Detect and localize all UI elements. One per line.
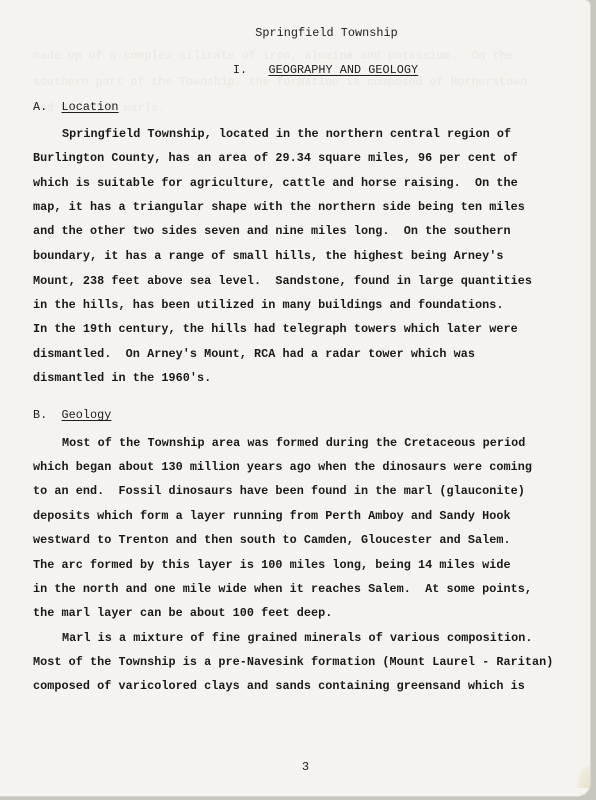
- paragraph-line: which is suitable for agriculture, cattl…: [33, 176, 518, 190]
- section-number: I.: [233, 63, 247, 77]
- paragraph-line: and the other two sides seven and nine m…: [33, 224, 511, 238]
- paragraph-line: westward to Trenton and then south to Ca…: [33, 533, 511, 547]
- paragraph-line: Most of the Township is a pre-Navesink f…: [33, 655, 553, 669]
- running-title: Springfield Township: [33, 26, 578, 40]
- paragraph-line: the marl layer can be about 100 feet dee…: [33, 606, 332, 620]
- subsection-title: Geology: [62, 408, 112, 422]
- subsection-letter: A.: [33, 100, 47, 114]
- document-page: made up of a complex silicate of iron, a…: [0, 0, 591, 797]
- paragraph-line: dismantled. On Arney's Mount, RCA had a …: [33, 347, 475, 361]
- subsection-heading-location: A. Location: [33, 100, 119, 114]
- page-curl: [576, 764, 590, 788]
- paragraph-line: Most of the Township area was formed dur…: [33, 436, 525, 450]
- subsection-letter: B.: [33, 408, 47, 422]
- paragraph-line: in the north and one mile wide when it r…: [33, 582, 532, 596]
- paragraph-line: in the hills, has been utilized in many …: [33, 298, 504, 312]
- paragraph-line: The arc formed by this layer is 100 mile…: [33, 558, 511, 572]
- paragraph-line: to an end. Fossil dinosaurs have been fo…: [33, 484, 525, 498]
- section-heading: I. GEOGRAPHY AND GEOLOGY: [33, 63, 578, 77]
- paragraph-line: map, it has a triangular shape with the …: [33, 200, 525, 214]
- paragraph-line: Burlington County, has an area of 29.34 …: [33, 151, 518, 165]
- paragraph-line: composed of varicolored clays and sands …: [33, 679, 525, 693]
- page-number: 3: [33, 760, 578, 774]
- paragraph-line: boundary, it has a range of small hills,…: [33, 249, 504, 263]
- paragraph-line: which began about 130 million years ago …: [33, 460, 532, 474]
- subsection-title: Location: [62, 100, 119, 114]
- paragraph-line: deposits which form a layer running from…: [33, 509, 511, 523]
- paragraph-line: dismantled in the 1960's.: [33, 371, 211, 385]
- subsection-heading-geology: B. Geology: [33, 408, 111, 422]
- paragraph-line: Mount, 238 feet above sea level. Sandsto…: [33, 274, 532, 288]
- paragraph-line: Marl is a mixture of fine grained minera…: [33, 631, 533, 645]
- section-title: GEOGRAPHY AND GEOLOGY: [268, 63, 418, 77]
- paragraph-line: In the 19th century, the hills had teleg…: [33, 322, 518, 336]
- paragraph-line: Springfield Township, located in the nor…: [33, 127, 511, 141]
